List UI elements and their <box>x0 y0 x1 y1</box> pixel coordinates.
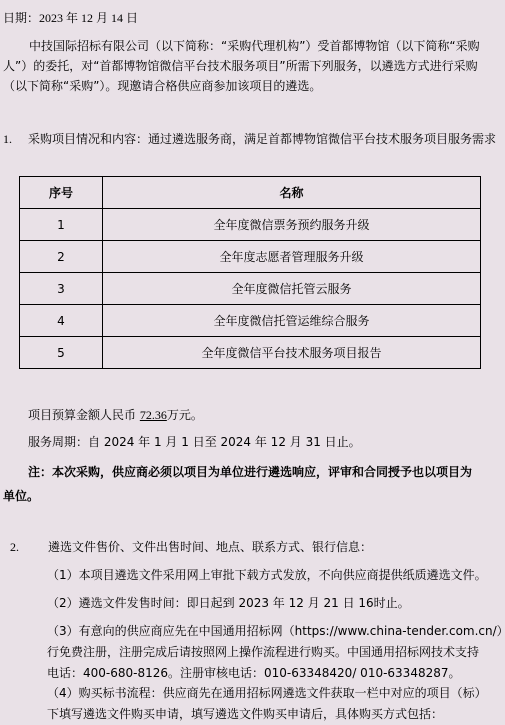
row-name: 全年度微信托管云服务 <box>103 273 481 305</box>
table-row: 1 全年度微信票务预约服务升级 <box>20 209 481 241</box>
intro-line-3: （以下简称“采购”）。现邀请合格供应商参加该项目的遴选。 <box>3 76 503 96</box>
section-1: 1. 采购项目情况和内容：通过遴选服务商，满足首都博物馆微信平台技术服务项目服务… <box>3 130 498 149</box>
item-3-line-2: 行免费注册，注册完成后请按照网上操作流程进行购买。中国通用招标网技术支持 <box>47 642 497 663</box>
row-no: 3 <box>20 273 103 305</box>
procurement-items-table: 序号 名称 1 全年度微信票务预约服务升级 2 全年度志愿者管理服务升级 3 全… <box>19 176 481 369</box>
row-name: 全年度微信票务预约服务升级 <box>103 209 481 241</box>
date-value: 2023 年 12 月 14 日 <box>39 11 138 25</box>
table-header-row: 序号 名称 <box>20 177 481 209</box>
row-no: 2 <box>20 241 103 273</box>
intro-line-2: 人”）的委托，对“首都博物馆微信平台技术服务项目”所需下列服务，以遴选方式进行采… <box>3 56 503 76</box>
row-name: 全年度微信托管运维综合服务 <box>103 305 481 337</box>
row-no: 4 <box>20 305 103 337</box>
section-2-item-3: （3）有意向的供应商应先在中国通用招标网（https://www.china-t… <box>47 621 497 684</box>
note-line-2: 单位。 <box>3 484 501 508</box>
note-line-1: 注：本次采购，供应商必须以项目为单位进行遴选响应，评审和合同授予也以项目为 <box>3 460 501 484</box>
item-4-line-2: 下填写遴选文件购买申请，填写遴选文件购买申请后，具体购买方式包括： <box>47 704 497 725</box>
section-2-heading: 2.遴选文件售价、文件出售时间、地点、联系方式、银行信息： <box>10 537 372 557</box>
section-2-item-4: （4）购买标书流程：供应商先在通用招标网遴选文件获取一栏中对应的项目（标） 下填… <box>47 683 497 725</box>
section-2-title: 遴选文件售价、文件出售时间、地点、联系方式、银行信息： <box>48 540 372 554</box>
table-row: 3 全年度微信托管云服务 <box>20 273 481 305</box>
row-name: 全年度志愿者管理服务升级 <box>103 241 481 273</box>
table-row: 5 全年度微信平台技术服务项目报告 <box>20 337 481 369</box>
budget-prefix: 项目预算金额人民币 <box>28 408 140 422</box>
section-1-text: 采购项目情况和内容：通过遴选服务商，满足首都博物馆微信平台技术服务项目服务需求 <box>28 130 498 149</box>
section-2-number: 2. <box>10 537 48 557</box>
section-2-item-2: （2）遴选文件发售时间：即日起到 2023 年 12 月 21 日 16时止。 <box>47 593 410 613</box>
section-2-item-1: （1）本项目遴选文件采用网上审批下载方式发放，不向供应商提供纸质遴选文件。 <box>47 565 487 585</box>
section-1-number: 1. <box>3 130 12 149</box>
column-header-name: 名称 <box>103 177 481 209</box>
intro-paragraph: 中技国际招标有限公司（以下简称：“采购代理机构”）受首都博物馆（以下简称“采购 … <box>3 36 503 96</box>
table-row: 2 全年度志愿者管理服务升级 <box>20 241 481 273</box>
item-3-line-1: （3）有意向的供应商应先在中国通用招标网（https://www.china-t… <box>47 621 497 642</box>
item-4-line-1: （4）购买标书流程：供应商先在通用招标网遴选文件获取一栏中对应的项目（标） <box>47 683 497 704</box>
row-no: 1 <box>20 209 103 241</box>
note-paragraph: 注：本次采购，供应商必须以项目为单位进行遴选响应，评审和合同授予也以项目为 单位… <box>3 460 501 508</box>
service-period: 服务周期：自 2024 年 1 月 1 日至 2024 年 12 月 31 日止… <box>28 432 361 452</box>
item-3-line-3: 电话：400-680-8126。注册审核电话：010-63348420/ 010… <box>47 663 497 684</box>
column-header-no: 序号 <box>20 177 103 209</box>
date-label: 日期： <box>3 11 39 25</box>
announcement-date: 日期：2023 年 12 月 14 日 <box>3 8 138 28</box>
row-no: 5 <box>20 337 103 369</box>
row-name: 全年度微信平台技术服务项目报告 <box>103 337 481 369</box>
budget-line: 项目预算金额人民币 72.36万元。 <box>28 405 203 425</box>
table-row: 4 全年度微信托管运维综合服务 <box>20 305 481 337</box>
intro-line-1: 中技国际招标有限公司（以下简称：“采购代理机构”）受首都博物馆（以下简称“采购 <box>3 36 503 56</box>
budget-amount: 72.36 <box>140 408 167 422</box>
budget-suffix: 万元。 <box>167 408 203 422</box>
